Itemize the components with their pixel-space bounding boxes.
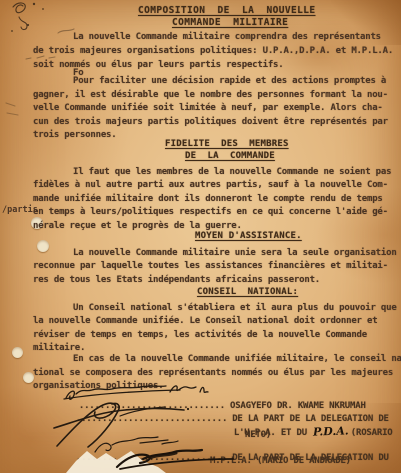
body-text-line: La nouvelle Commande militaire comprendr… bbox=[73, 32, 381, 42]
hole-punch bbox=[37, 240, 49, 252]
body-text-line: velle Commande unifiée soit limitée à ne… bbox=[33, 103, 383, 113]
document-title-line2: COMMANDE MILITAIRE bbox=[172, 18, 288, 28]
body-text-line: militaire. bbox=[33, 343, 85, 353]
signature-dotted-line: ............................. bbox=[76, 453, 227, 463]
signatory-name-neto: NETO) bbox=[245, 430, 271, 440]
handwritten-correction-pda: P.D.A. bbox=[313, 426, 349, 437]
body-text-line: En cas de la nouvelle Commande unifiée m… bbox=[73, 354, 401, 364]
body-text-line: soit nommés ou élus par leurs partis res… bbox=[33, 60, 284, 70]
typed-text: (ROSARIO bbox=[351, 428, 393, 438]
hole-punch bbox=[12, 347, 23, 358]
body-text-line: de trois majeures organisations politiqu… bbox=[33, 46, 393, 56]
body-text-line: fidèles à nul autre parti aux autres par… bbox=[33, 180, 388, 190]
section-heading-fidelite-line1: FIDELITE DES MEMBRES bbox=[165, 139, 289, 149]
body-text-line: reconnue par laquelle toutes les assista… bbox=[33, 261, 388, 271]
body-text-line: cun des trois majeurs partis politiques … bbox=[33, 117, 388, 127]
section-heading-moyen: MOYEN D'ASSISTANCE. bbox=[195, 231, 302, 241]
body-text-line: la nouvelle Commande unifiée. Le Conseil… bbox=[33, 316, 377, 326]
body-text-line: gagner, il est désirable que le nombre d… bbox=[33, 90, 388, 100]
body-text-line: res de tous les Etats indépendants afric… bbox=[33, 275, 320, 285]
document-title-line1: COMPOSITION DE LA NOUVELLE bbox=[138, 6, 315, 16]
section-heading-fidelite-line2: DE LA COMMANDE bbox=[185, 151, 275, 161]
scanned-document-page: COMPOSITION DE LA NOUVELLE COMMANDE MILI… bbox=[0, 0, 401, 473]
body-text-line: Pour faciliter une décision rapide et de… bbox=[73, 76, 386, 86]
margin-correction-note: /partis bbox=[2, 206, 38, 215]
section-heading-conseil: CONSEIL NATIONAL: bbox=[197, 287, 298, 297]
body-text-line: mande unifiée militaire dont ils donnero… bbox=[33, 194, 383, 204]
body-text-line: Il faut que les membres de la nouvelle C… bbox=[73, 167, 391, 177]
body-text-line: réviser de temps en temps, les activités… bbox=[33, 330, 367, 340]
signatory-name-andrade: M.P.L.A. (MARIO DE ANDRADE) bbox=[210, 456, 351, 466]
body-text-line: trois personnes. bbox=[33, 130, 117, 140]
body-text-line: tional se composera des représentants no… bbox=[33, 368, 393, 378]
body-text-line: en temps à leurs/politiques respectifs e… bbox=[33, 207, 388, 217]
body-text-line: organisations politiques. bbox=[33, 381, 163, 391]
body-text-line: nérale reçue et le progrès de la guerre. bbox=[33, 221, 242, 231]
signature-dotted-line: ............................. bbox=[76, 414, 227, 424]
body-text-line: La nouvelle Commande militaire unie sera… bbox=[73, 248, 397, 258]
body-text-line: Un Conseil national s'établiera et il au… bbox=[73, 303, 397, 313]
